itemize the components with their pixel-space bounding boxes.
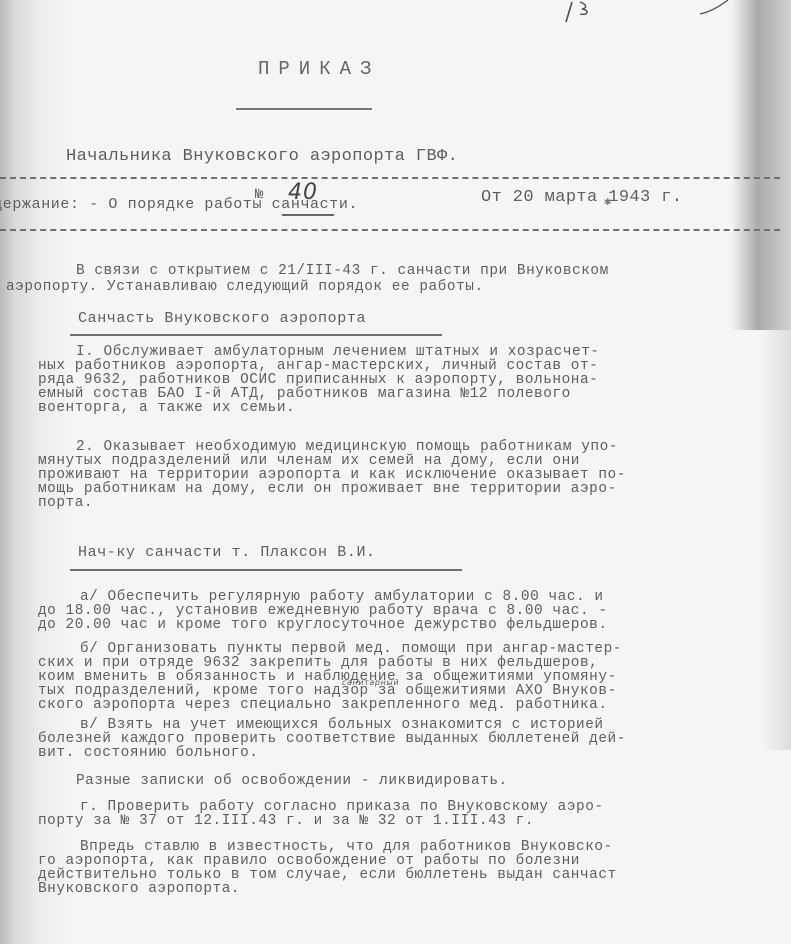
item-b-line-3: коим вменить в обязанность и наблюдение … [38, 670, 617, 684]
dashed-divider-top [0, 177, 780, 179]
ink-blot: ✱ [604, 194, 611, 209]
item1-line-2: ных работников аэропорта, ангар-мастерск… [38, 359, 598, 373]
item1-line-5: военторга, а также их семьи. [38, 401, 295, 415]
item-b-line-4: тых подразделений, кроме того надзор за … [38, 684, 617, 698]
item-a-line-2: до 18.00 час., установив ежедневную рабо… [38, 604, 608, 618]
item1-line-1: I. Обслуживает амбулаторным лечением шта… [76, 345, 600, 359]
item2-line-2: мянутых подразделений или членам их семе… [38, 454, 580, 468]
item-v-line-1: в/ Взять на учет имеющихся больных ознак… [80, 718, 604, 732]
order-number-underline [282, 214, 334, 216]
item-b-line-5: ского аэропорта через специально закрепл… [38, 698, 608, 712]
final-line-3: действительно только в том случае, если … [38, 868, 617, 882]
dashed-divider-bottom [0, 229, 780, 231]
intro-line-1: В связи с открытием с 21/III-43 г. санча… [76, 264, 609, 278]
final-line-1: Впредь ставлю в известность, что для раб… [80, 840, 613, 854]
item-b-line-2: ских и при отряде 9632 закрепить для раб… [38, 656, 598, 670]
item-b-line-1: б/ Организовать пункты первой мед. помощ… [80, 642, 622, 656]
item2-line-4: мощь работникам на дому, если он прожива… [38, 482, 617, 496]
item2-line-3: проживают на территории аэропорта и как … [38, 468, 626, 482]
subject-line: Содержание: - О порядке работы санчасти. [0, 196, 358, 213]
scan-shadow [731, 0, 791, 330]
item-g-line-1: г. Проверить работу согласно приказа по … [80, 800, 604, 814]
section-heading-sanchast: Санчасть Внуковского аэропорта [78, 310, 366, 327]
scan-shadow-lower [761, 330, 791, 750]
item2-line-5: порта. [38, 496, 93, 510]
section-heading-underline-2 [70, 569, 462, 571]
notes-line: Разные записки об освобождении - ликвиди… [76, 774, 508, 788]
document-title: ПРИКАЗ [258, 58, 380, 80]
item-a-line-3: до 20.00 час и кроме того круглосуточное… [38, 618, 608, 632]
item1-line-3: ряда 9632, работников ОСИС приписанных к… [38, 373, 598, 387]
item-v-line-2: болезней каждого проверить соответствие … [38, 732, 626, 746]
order-date: От 20 марта 1943 г. [481, 188, 682, 207]
final-line-2: го аэропорта, как правило освобождение о… [38, 854, 580, 868]
section-heading-head-of-sanchast: Нач-ку санчасти т. Плаксон В.И. [78, 544, 376, 561]
item1-line-4: емный состав БАО I-й АТД, работников маг… [38, 387, 571, 401]
item-a-line-1: а/ Обеспечить регулярную работу амбулато… [80, 590, 604, 604]
item-g-line-2: порту за № 37 от 12.III.43 г. и за № 32 … [38, 814, 534, 828]
item2-line-1: 2. Оказывает необходимую медицинскую пом… [76, 440, 618, 454]
item-v-line-3: вит. состоянию больного. [38, 746, 258, 760]
intro-line-2: аэропорту. Устанавливаю следующий порядо… [6, 280, 484, 294]
handwritten-page-mark [560, 0, 790, 30]
title-underline [236, 108, 372, 110]
final-line-4: Внуковского аэропорта. [38, 882, 240, 896]
issuer-line: Начальника Внуковского аэропорта ГВФ. [66, 147, 458, 166]
section-heading-underline [70, 334, 442, 336]
